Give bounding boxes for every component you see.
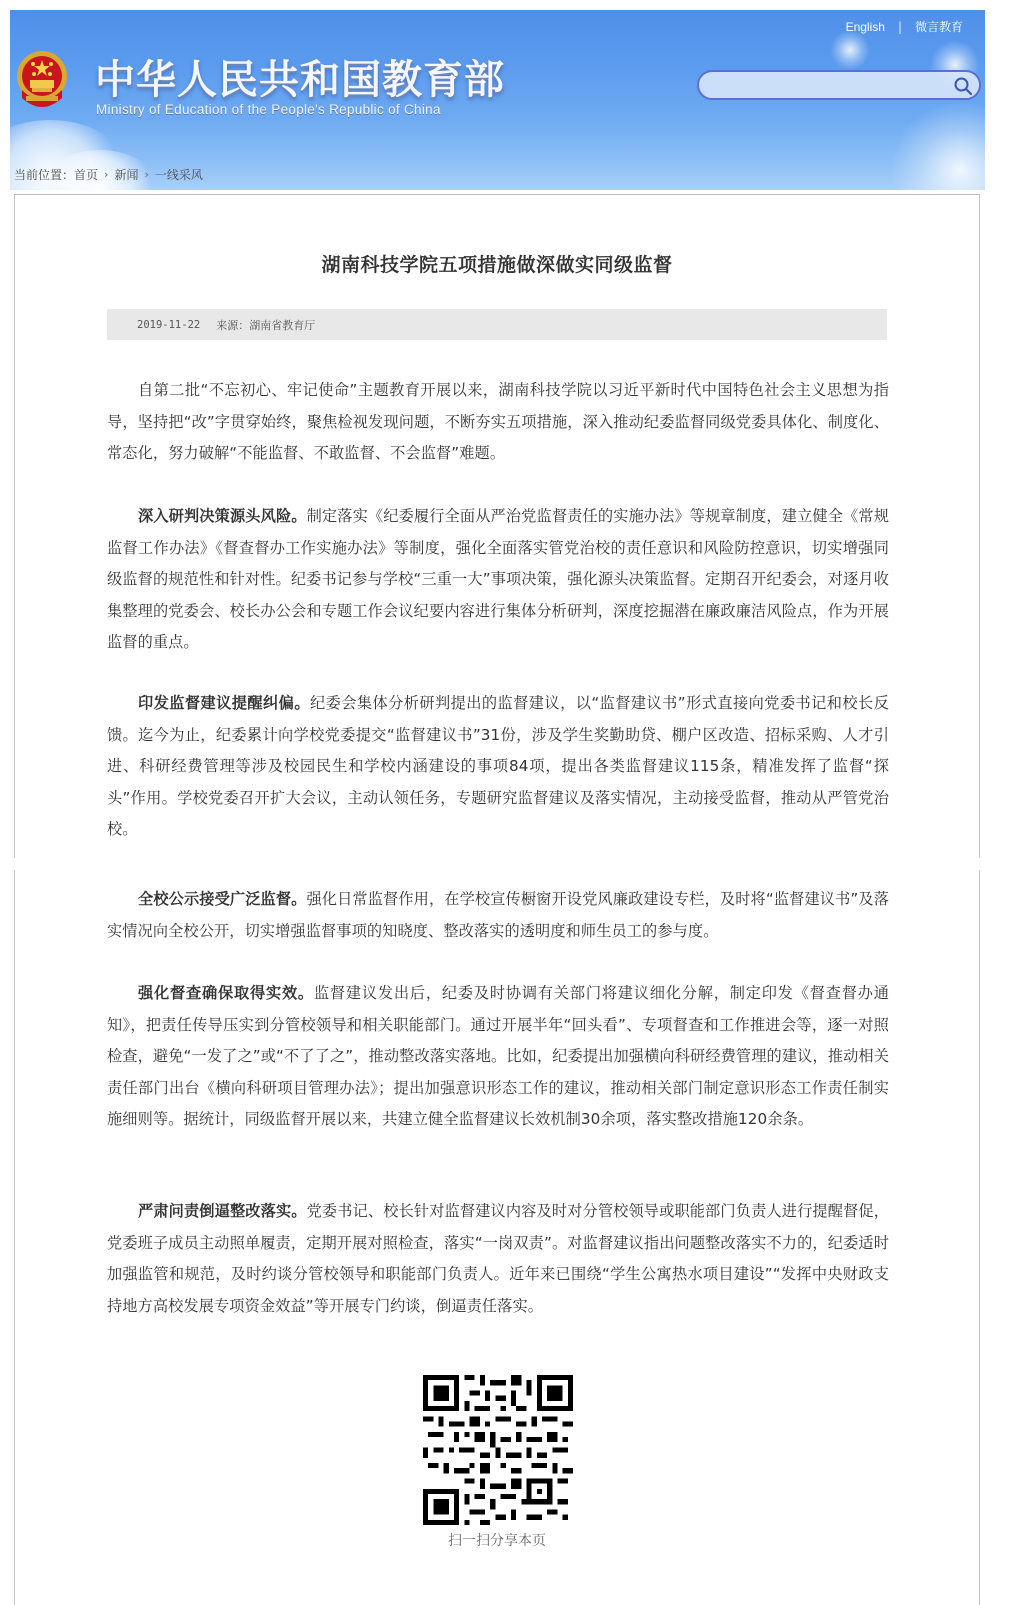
paragraph-lead: 深入研判决策源头风险。 bbox=[138, 507, 307, 525]
article-title: 湖南科技学院五项措施做深做实同级监督 bbox=[0, 250, 994, 277]
national-emblem-icon[interactable] bbox=[16, 46, 68, 114]
paragraph-lead: 印发监督建议提醒纠偏。 bbox=[138, 694, 310, 712]
search-box bbox=[697, 70, 981, 100]
article-meta: 2019-11-22 来源：湖南省教育厅 bbox=[107, 309, 887, 340]
link-separator: | bbox=[898, 20, 902, 34]
weiyan-education-link[interactable]: 微言教育 bbox=[915, 18, 963, 35]
paragraph-text: 监督建议发出后，纪委及时协调有关部门将建议细化分解，制定印发《督查督办通知》，把… bbox=[107, 984, 889, 1128]
paragraph-text: 纪委会集体分析研判提出的监督建议，以“监督建议书”形式直接向党委书记和校长反馈。… bbox=[107, 694, 889, 838]
breadcrumb-news[interactable]: 新闻 bbox=[114, 166, 138, 183]
breadcrumb: 当前位置： 首页 › 新闻 › 一线采风 bbox=[14, 166, 203, 183]
chevron-right-icon: › bbox=[104, 168, 108, 181]
publish-date: 2019-11-22 bbox=[137, 319, 200, 331]
top-links: English | 微言教育 bbox=[846, 18, 963, 35]
dandelion-decoration bbox=[830, 30, 870, 70]
paragraph-lead: 严肃问责倒逼整改落实。 bbox=[138, 1202, 307, 1220]
site-logo-subtitle: Ministry of Education of the People's Re… bbox=[96, 102, 441, 117]
article-paragraph: 自第二批“不忘初心、牢记使命”主题教育开展以来，湖南科技学院以习近平新时代中国特… bbox=[107, 375, 889, 470]
breadcrumb-prefix: 当前位置： bbox=[14, 166, 74, 183]
qr-code-icon bbox=[423, 1375, 573, 1525]
paragraph-lead: 强化督查确保取得实效。 bbox=[138, 984, 314, 1002]
breadcrumb-home[interactable]: 首页 bbox=[74, 166, 98, 183]
paragraph-text: 自第二批“不忘初心、牢记使命”主题教育开展以来，湖南科技学院以习近平新时代中国特… bbox=[107, 381, 889, 462]
paragraph-text: 制定落实《纪委履行全面从严治党监督责任的实施办法》等规章制度，建立健全《常规监督… bbox=[107, 507, 889, 651]
breadcrumb-frontline[interactable]: 一线采风 bbox=[155, 166, 203, 183]
article-paragraph: 全校公示接受广泛监督。强化日常监督作用，在学校宣传橱窗开设党风廉政建设专栏，及时… bbox=[107, 884, 889, 947]
article-paragraph: 印发监督建议提醒纠偏。纪委会集体分析研判提出的监督建议，以“监督建议书”形式直接… bbox=[107, 688, 889, 846]
chevron-right-icon: › bbox=[144, 168, 148, 181]
english-link[interactable]: English bbox=[846, 20, 885, 34]
page-seam bbox=[0, 858, 1020, 870]
search-icon[interactable] bbox=[953, 76, 973, 96]
site-logo-title[interactable]: 中华人民共和国教育部 bbox=[95, 48, 505, 105]
paragraph-lead: 全校公示接受广泛监督。 bbox=[138, 890, 306, 908]
header-banner: 中华人民共和国教育部 Ministry of Education of the … bbox=[10, 10, 985, 190]
article-source: 来源：湖南省教育厅 bbox=[216, 317, 315, 333]
qr-share-caption: 扫一扫分享本页 bbox=[0, 1530, 994, 1550]
dandelion-decoration bbox=[890, 100, 985, 190]
article-paragraph: 深入研判决策源头风险。制定落实《纪委履行全面从严治党监督责任的实施办法》等规章制… bbox=[107, 501, 889, 659]
search-input[interactable] bbox=[699, 72, 939, 98]
article-paragraph: 严肃问责倒逼整改落实。党委书记、校长针对监督建议内容及时对分管校领导或职能部门负… bbox=[107, 1196, 889, 1322]
article-paragraph: 强化督查确保取得实效。监督建议发出后，纪委及时协调有关部门将建议细化分解，制定印… bbox=[107, 978, 889, 1136]
